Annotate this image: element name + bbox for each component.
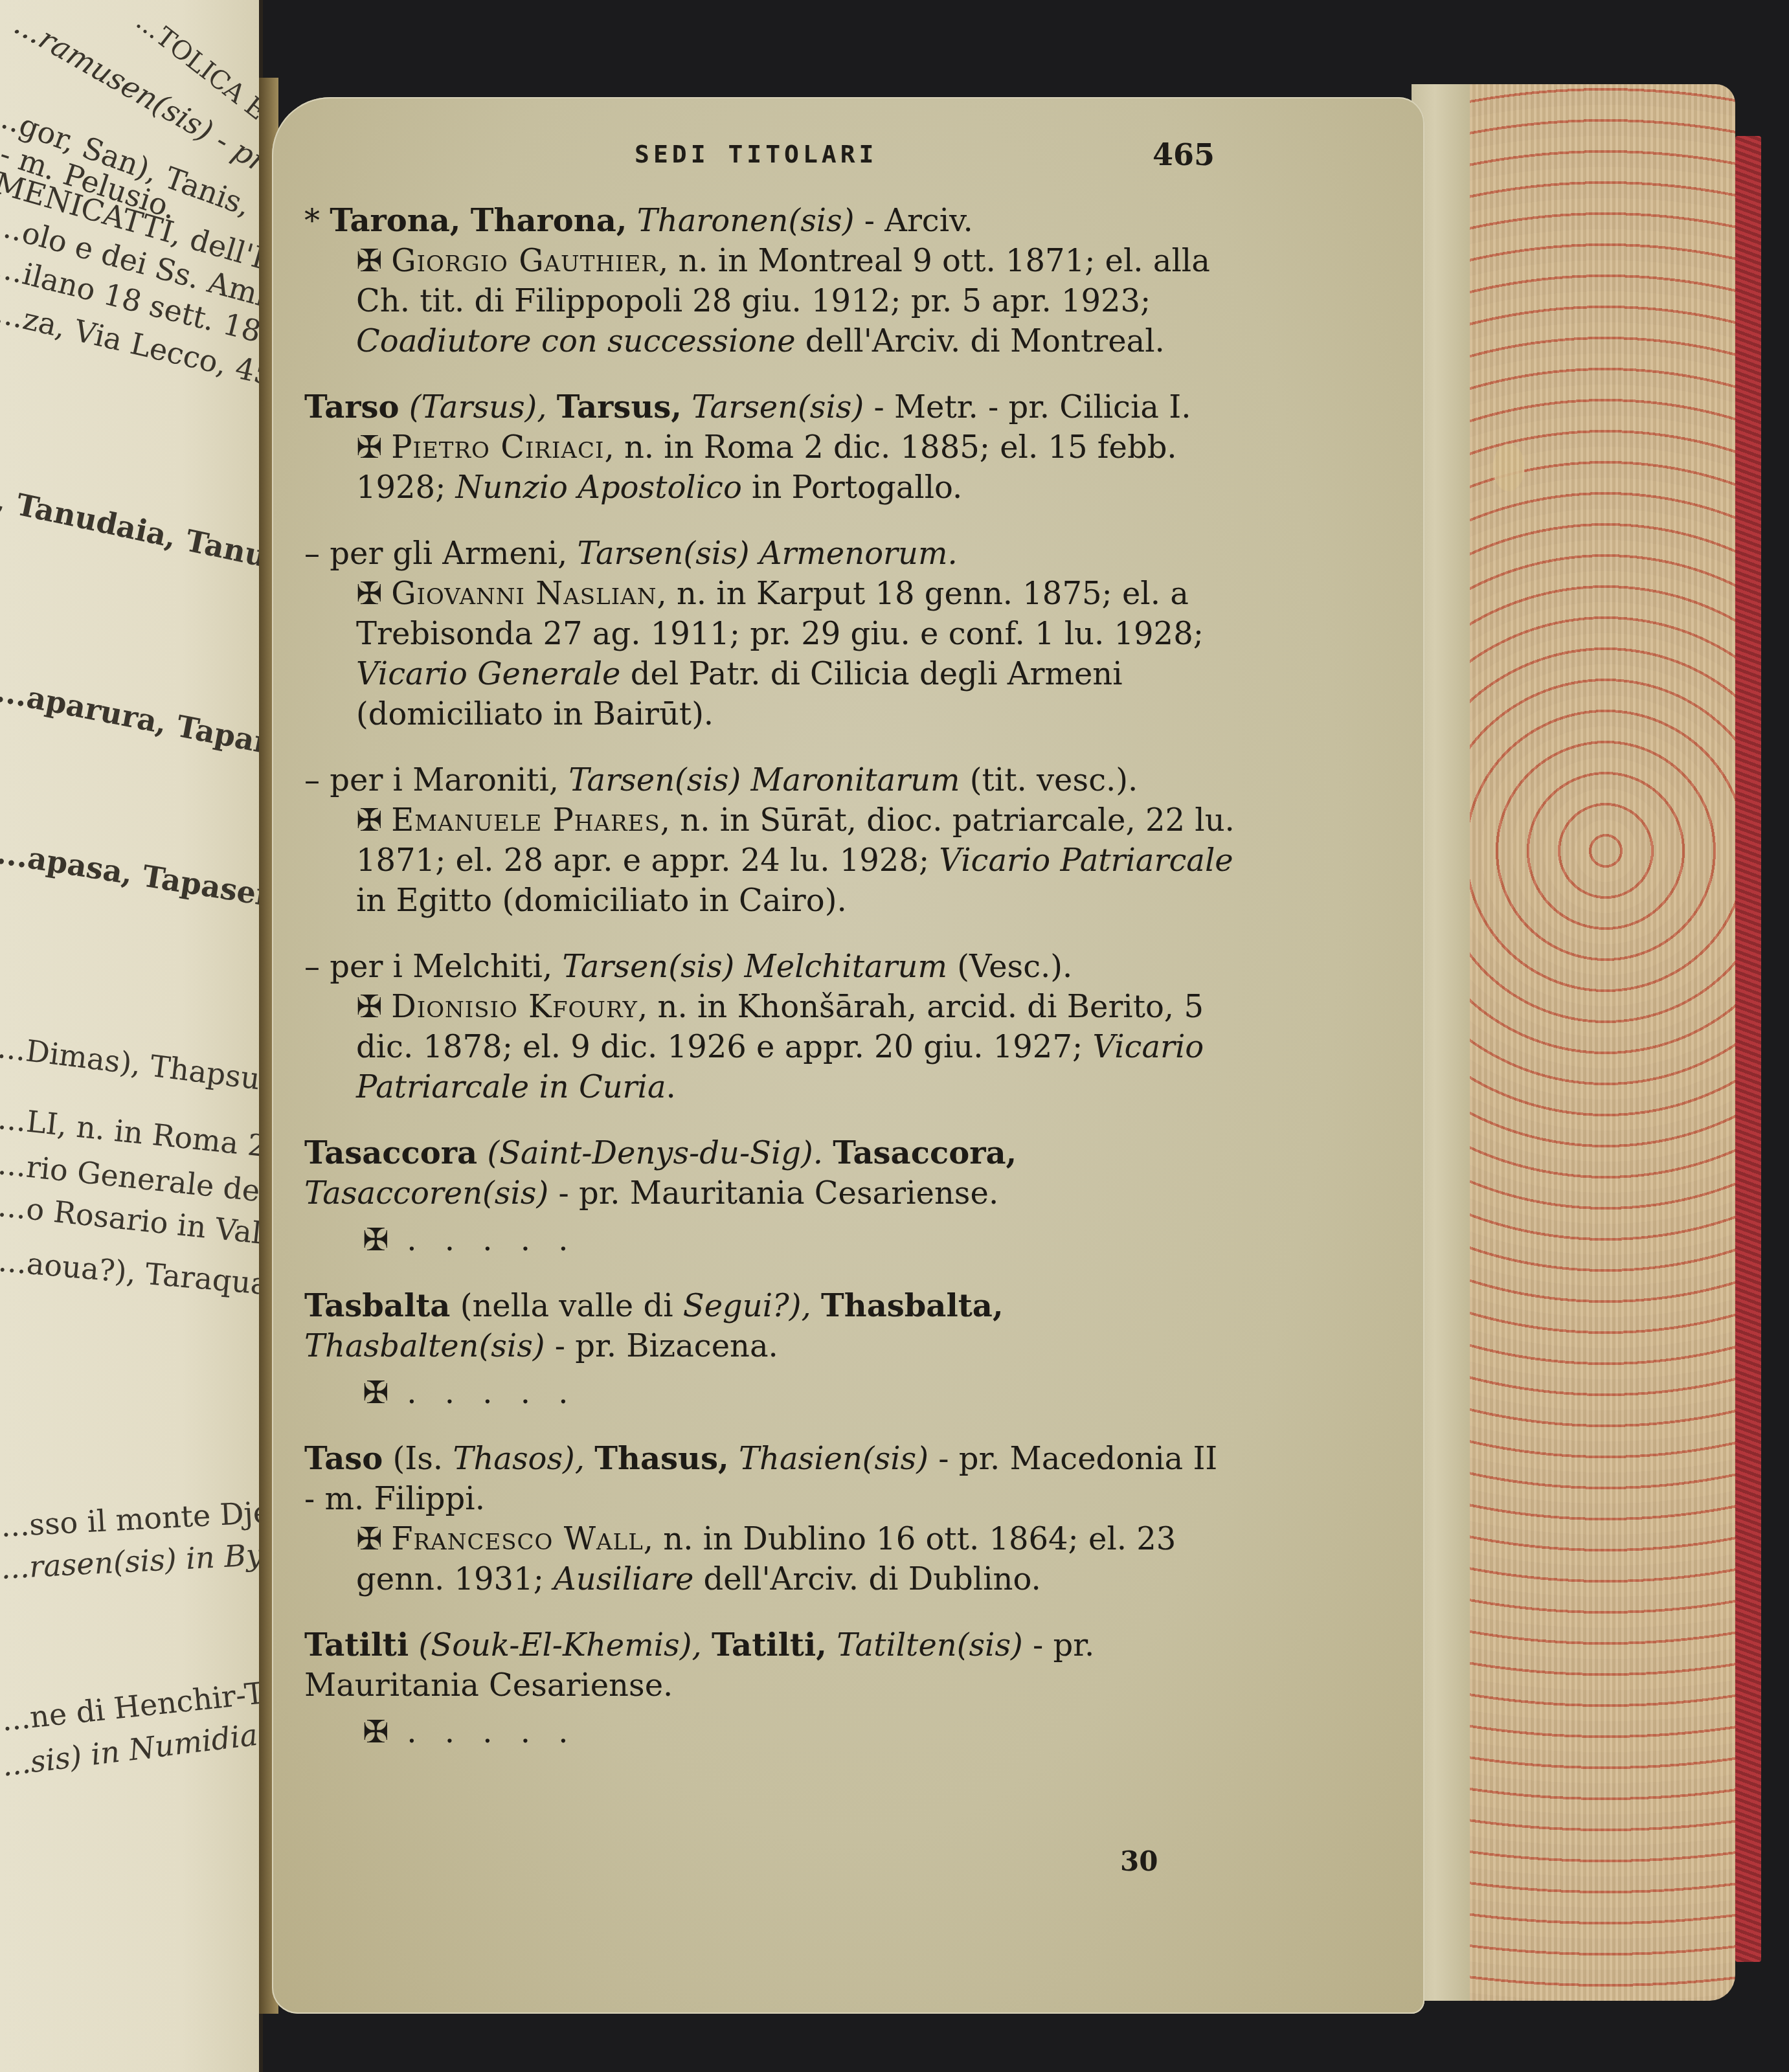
bishop-role-detail: in Egitto (domiciliato in Cairo). [356, 883, 847, 919]
entry-tatilti: Tatilti (Souk-El-Khemis), Tatilti, Tatil… [304, 1625, 1237, 1752]
bishop-role: Nunzio Apostolico [456, 469, 742, 506]
latin-name: Thasbalta, [821, 1288, 1004, 1324]
entry-name: Tasbalta [304, 1288, 450, 1324]
modern-name: Thasos), [453, 1441, 585, 1477]
latin-name: Tatilti, [712, 1627, 827, 1663]
vacant-dots: . . . . . [407, 1375, 577, 1411]
modern-name: (Saint-Denys-du-Sig). [487, 1135, 823, 1171]
bishop-role-detail: in Portogallo. [742, 469, 963, 506]
sub-entry-dash: – [304, 535, 320, 572]
vacant-see: ✠. . . . . [304, 1373, 1237, 1413]
latin-name: Thasus, [594, 1441, 728, 1477]
entry-name: Tarso [304, 389, 399, 425]
modern-name: (Souk-El-Khemis), [419, 1627, 702, 1663]
entry-tarso-armeni: – per gli Armeni, Tarsen(sis) Armenorum.… [304, 534, 1237, 734]
entry-name: Tasaccora [304, 1135, 477, 1171]
bishop-role-detail: . [666, 1069, 676, 1105]
modern-name: Segui?), [683, 1288, 811, 1324]
sub-entry-label: per i Melchiti, [330, 949, 552, 985]
bishop-record: ✠Giorgio Gauthier, n. in Montreal 9 ott.… [304, 241, 1237, 361]
book-cover-red [1735, 136, 1761, 1962]
maltese-cross-icon: ✠ [356, 576, 382, 612]
bishop-record: ✠Giovanni Naslian, n. in Karput 18 genn.… [304, 574, 1237, 734]
entry-rank: (tit. vesc.). [970, 762, 1138, 798]
left-text-line: ...aoua?), Taraqua, Taraquen(sis) - [0, 1243, 263, 1323]
latin-adjective: Tarsen(sis) Armenorum. [578, 535, 958, 572]
maltese-cross-icon: ✠ [356, 243, 382, 279]
entry-tasbalta: Tasbalta (nella valle di Segui?), Thasba… [304, 1286, 1237, 1413]
latin-adjective: Thasbalten(sis) [304, 1328, 545, 1364]
left-text-line: ...apasa, Tapasen(us) - pr. Caria - [0, 835, 263, 956]
bishop-name: Giorgio Gauthier [391, 243, 658, 279]
bishop-name: Emanuele Phares [391, 802, 660, 839]
entry-name: Tarona, [330, 203, 460, 239]
bishop-role: Ausiliare [554, 1561, 693, 1597]
entry-tarso: Tarso (Tarsus), Tarsus, Tarsen(sis) - Me… [304, 387, 1237, 508]
entry-tasaccora: Tasaccora (Saint-Denys-du-Sig). Tasaccor… [304, 1133, 1237, 1260]
entry-rank: (Vesc.). [957, 949, 1072, 985]
maltese-cross-icon: ✠ [356, 989, 382, 1025]
entry-name: Taso [304, 1441, 383, 1477]
bishop-record: ✠Francesco Wall, n. in Dublino 16 ott. 1… [304, 1519, 1237, 1599]
left-text-line: ...aparura, Taparuren(sis) - pr. B [0, 673, 263, 811]
bishop-record: ✠Emanuele Phares, n. in Sūrāt, dioc. pat… [304, 800, 1237, 921]
modern-location: (Is. [393, 1441, 444, 1477]
entry-province: - pr. Mauritania Cesariense. [558, 1175, 998, 1211]
latin-adjective: Thasien(sis) [739, 1441, 928, 1477]
left-page-fragment: ...TOLICA ECC. ...ramusen(sis) - pr. Mau… [0, 0, 263, 2072]
latin-name: Tasaccora, [833, 1135, 1017, 1171]
latin-adjective: Tharonen(sis) [637, 203, 855, 239]
maltese-cross-icon: ✠ [363, 1375, 398, 1411]
vacant-dots: . . . . . [407, 1714, 577, 1750]
entry-rank: - Metr. - pr. Cilicia I. [873, 389, 1191, 425]
left-text-line: , Tanudaia, Tanudaien(sis) - pr. [0, 482, 263, 624]
entry-tarso-maroniti: – per i Maroniti, Tarsen(sis) Maronitaru… [304, 760, 1237, 921]
maltese-cross-icon: ✠ [356, 429, 382, 466]
bishop-name: Pietro Ciriaci [391, 429, 604, 466]
latin-adjective: Tatilten(sis) [837, 1627, 1023, 1663]
running-title: SEDI TITOLARI [635, 140, 877, 168]
left-text-line: ...sso il monte Djebel-Trozza?), b [0, 1483, 263, 1544]
bishop-role-detail: dell'Arciv. di Montreal. [796, 323, 1165, 359]
bishop-role-detail: dell'Arciv. di Dublino. [693, 1561, 1041, 1597]
latin-name: Tharona, [471, 203, 627, 239]
entry-tarso-melchiti: – per i Melchiti, Tarsen(sis) Melchitaru… [304, 947, 1237, 1107]
bishop-record: ✠Dionisio Kfoury, n. in Khonšārah, arcid… [304, 987, 1237, 1107]
sub-entry-label: per i Maroniti, [330, 762, 559, 798]
vacant-see: ✠. . . . . [304, 1712, 1237, 1752]
maltese-cross-icon: ✠ [363, 1222, 398, 1258]
maltese-cross-icon: ✠ [356, 802, 382, 839]
entry-taso: Taso (Is. Thasos), Thasus, Thasien(sis) … [304, 1439, 1237, 1599]
star-marker: * [304, 203, 320, 239]
page-number: 465 [1153, 137, 1215, 172]
sub-entry-dash: – [304, 949, 320, 985]
bishop-name: Dionisio Kfoury [391, 989, 638, 1025]
vacant-dots: . . . . . [407, 1222, 577, 1258]
maltese-cross-icon: ✠ [363, 1714, 398, 1750]
printer-signature: 30 [1120, 1845, 1158, 1877]
latin-name: Tarsus, [557, 389, 682, 425]
entry-province: - pr. Bizacena. [555, 1328, 778, 1364]
bishop-record: ✠Pietro Ciriaci, n. in Roma 2 dic. 1885;… [304, 427, 1237, 508]
sub-entry-label: per gli Armeni, [330, 535, 567, 572]
sub-entry-dash: – [304, 762, 320, 798]
bishop-name: Francesco Wall [391, 1521, 644, 1557]
bishop-role: Vicario Generale [356, 656, 621, 692]
latin-adjective: Tarsen(sis) [692, 389, 864, 425]
right-page: SEDI TITOLARI 465 * Tarona, Tharona, Tha… [272, 97, 1424, 2014]
page-content: * Tarona, Tharona, Tharonen(sis) - Arciv… [304, 201, 1237, 1778]
entry-tarona: * Tarona, Tharona, Tharonen(sis) - Arciv… [304, 201, 1237, 361]
modern-name: (Tarsus), [409, 389, 547, 425]
maltese-cross-icon: ✠ [356, 1521, 382, 1557]
latin-adjective: Tarsen(sis) Melchitarum [562, 949, 947, 985]
bishop-role: Coadiutore con successione [356, 323, 796, 359]
latin-adjective: Tarsen(sis) Maronitarum [568, 762, 960, 798]
vacant-see: ✠. . . . . [304, 1220, 1237, 1260]
latin-adjective: Tasaccoren(sis) [304, 1175, 548, 1211]
modern-location: (nella valle di [460, 1288, 673, 1324]
entry-rank: - Arciv. [864, 203, 973, 239]
entry-name: Tatilti [304, 1627, 409, 1663]
bishop-role: Vicario Patriarcale [939, 842, 1233, 879]
bishop-name: Giovanni Naslian [391, 576, 657, 612]
